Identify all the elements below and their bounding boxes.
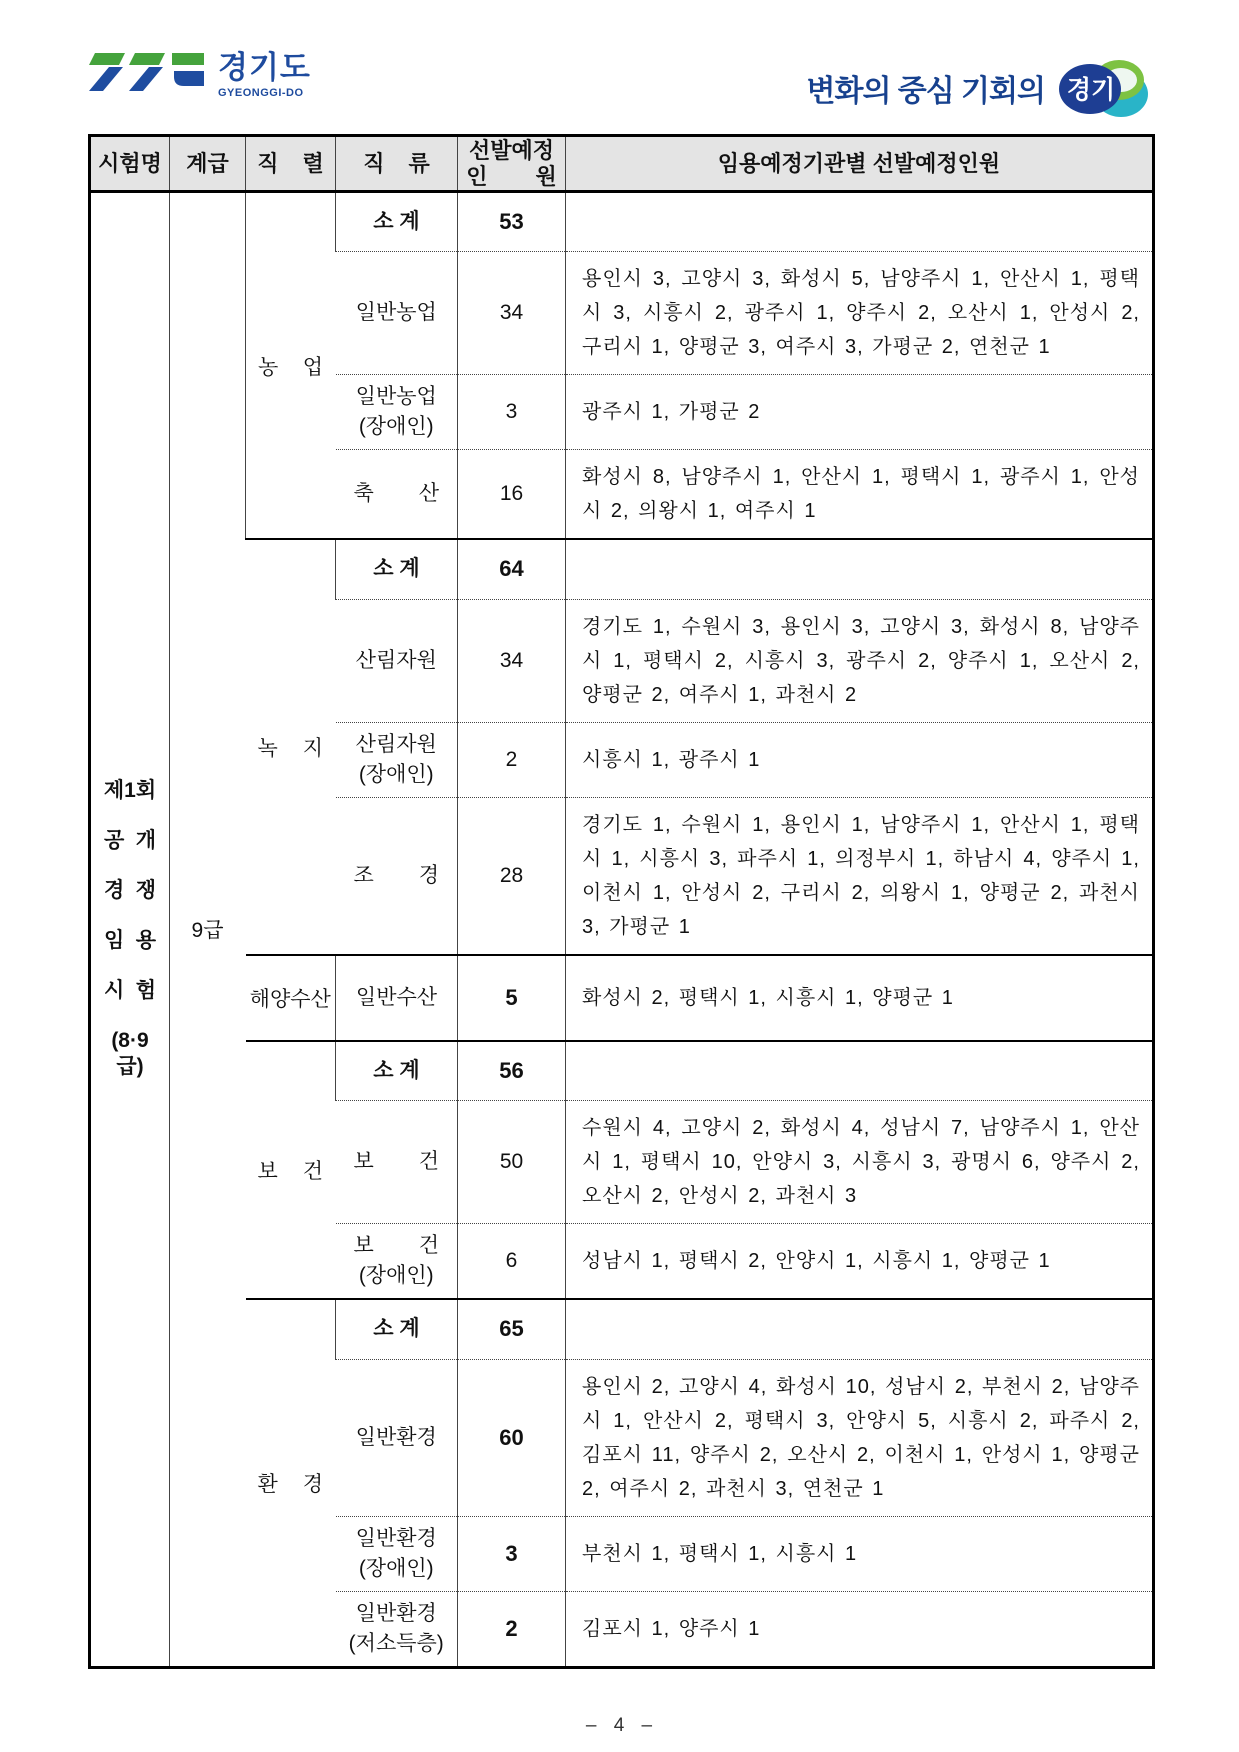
badge-text: 경기 [1067,75,1115,104]
category-cell: 소 계 [336,1041,458,1101]
category-cell: 일반환경 [336,1359,458,1516]
category-cell: 일반수산 [336,955,458,1041]
category-cell: 소 계 [336,539,458,599]
agencies-cell: 용인시 3, 고양시 3, 화성시 5, 남양주시 1, 안산시 1, 평택시 … [566,252,1154,375]
count-cell: 2 [458,1591,566,1667]
count-cell: 65 [458,1299,566,1359]
count-cell: 16 [458,450,566,540]
header-grade: 계급 [170,136,246,192]
table-row: 보건소 계56 [90,1041,1154,1101]
agencies-cell: 경기도 1, 수원시 1, 용인시 1, 남양주시 1, 안산시 1, 평택시 … [566,797,1154,955]
category-cell: 소 계 [336,192,458,252]
slogan-text: 변화의 중심 기회의 [806,66,1045,110]
exam-name-cell: 제1회공개경쟁임용시험(8·9급) [90,192,170,1668]
grade-cell: 9급 [170,192,246,1668]
category-cell: 산림자원(장애인) [336,722,458,797]
count-cell: 3 [458,1516,566,1591]
count-cell: 53 [458,192,566,252]
table-body: 제1회공개경쟁임용시험(8·9급)9급농업소 계53일반농업34용인시 3, 고… [90,192,1154,1668]
count-cell: 34 [458,599,566,722]
category-cell: 일반농업(장애인) [336,375,458,450]
category-cell: 산림자원 [336,599,458,722]
page-number: – 4 – [0,1715,1239,1737]
category-cell: 보건 [336,1101,458,1224]
category-cell: 축산 [336,450,458,540]
header-exam-name: 시험명 [90,136,170,192]
header-series: 직 렬 [246,136,336,192]
count-cell: 56 [458,1041,566,1101]
agencies-cell: 광주시 1, 가평군 2 [566,375,1154,450]
top-brand-bar: 경기도 GYEONGGI-DO 변화의 중심 기회의 경기 [0,0,1239,120]
agencies-cell [566,1041,1154,1101]
count-cell: 60 [458,1359,566,1516]
table-row: 해양수산일반수산5화성시 2, 평택시 1, 시흥시 1, 양평군 1 [90,955,1154,1041]
agencies-cell: 경기도 1, 수원시 3, 용인시 3, 고양시 3, 화성시 8, 남양주시 … [566,599,1154,722]
brand-name: 경기도 [218,52,311,84]
brand-text: 경기도 GYEONGGI-DO [218,52,311,99]
header-category: 직 류 [336,136,458,192]
gyeonggi-symbol-icon [88,50,206,94]
recruitment-table: 시험명 계급 직 렬 직 류 선발예정 인 원 임용예정기관별 선발예정인원 제… [88,134,1155,1669]
agencies-cell: 성남시 1, 평택시 2, 안양시 1, 시흥시 1, 양평군 1 [566,1224,1154,1300]
category-cell: 일반환경(장애인) [336,1516,458,1591]
table-row: 환경소 계65 [90,1299,1154,1359]
brand-name-en: GYEONGGI-DO [218,87,311,99]
agencies-cell: 김포시 1, 양주시 1 [566,1591,1154,1667]
agencies-cell: 용인시 2, 고양시 4, 화성시 10, 성남시 2, 부천시 2, 남양주시… [566,1359,1154,1516]
agencies-cell: 시흥시 1, 광주시 1 [566,722,1154,797]
agencies-cell: 부천시 1, 평택시 1, 시흥시 1 [566,1516,1154,1591]
count-cell: 3 [458,375,566,450]
table-row: 제1회공개경쟁임용시험(8·9급)9급농업소 계53 [90,192,1154,252]
category-cell: 소 계 [336,1299,458,1359]
series-cell: 녹지 [246,539,336,955]
table-row: 녹지소 계64 [90,539,1154,599]
count-cell: 5 [458,955,566,1041]
agencies-cell [566,539,1154,599]
category-cell: 일반농업 [336,252,458,375]
agencies-cell: 수원시 4, 고양시 2, 화성시 4, 성남시 7, 남양주시 1, 안산시 … [566,1101,1154,1224]
agencies-cell: 화성시 8, 남양주시 1, 안산시 1, 평택시 1, 광주시 1, 안성시 … [566,450,1154,540]
category-cell: 조경 [336,797,458,955]
series-cell: 해양수산 [246,955,336,1041]
gyeonggi-badge-icon: 경기 [1055,56,1153,120]
count-cell: 6 [458,1224,566,1300]
agencies-cell [566,192,1154,252]
count-cell: 34 [458,252,566,375]
header-agencies: 임용예정기관별 선발예정인원 [566,136,1154,192]
slogan-block: 변화의 중심 기회의 경기 [806,56,1153,120]
count-cell: 50 [458,1101,566,1224]
series-cell: 농업 [246,192,336,540]
category-cell: 일반환경(저소득층) [336,1591,458,1667]
agencies-cell [566,1299,1154,1359]
count-cell: 2 [458,722,566,797]
count-cell: 28 [458,797,566,955]
gyeonggi-logo: 경기도 GYEONGGI-DO [88,50,311,99]
category-cell: 보건(장애인) [336,1224,458,1300]
table-header-row: 시험명 계급 직 렬 직 류 선발예정 인 원 임용예정기관별 선발예정인원 [90,136,1154,192]
agencies-cell: 화성시 2, 평택시 1, 시흥시 1, 양평군 1 [566,955,1154,1041]
header-count: 선발예정 인 원 [458,136,566,192]
count-cell: 64 [458,539,566,599]
series-cell: 보건 [246,1041,336,1300]
series-cell: 환경 [246,1299,336,1667]
